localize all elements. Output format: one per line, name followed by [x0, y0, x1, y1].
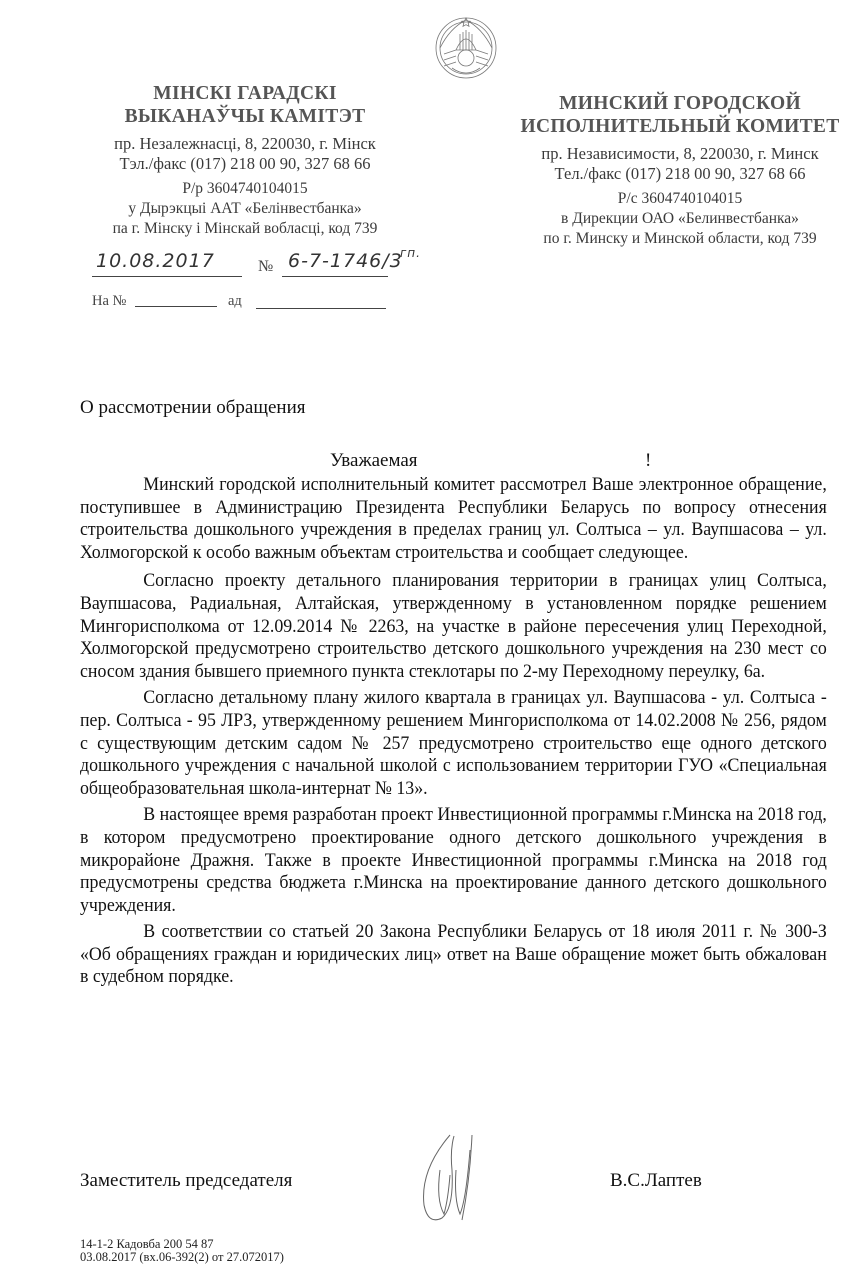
org-phone-ru: Тел./факс (017) 218 00 90, 327 68 66 — [510, 164, 850, 184]
reg-date-field: 10.08.2017 — [92, 252, 242, 277]
paragraph-2: Согласно проекту детального планирования… — [80, 570, 827, 683]
header-right: МИНСКИЙ ГОРОДСКОЙ ИСПОЛНИТЕЛЬНЫЙ КОМИТЕТ… — [510, 92, 850, 249]
paragraph-4: В настоящее время разработан проект Инве… — [80, 804, 827, 917]
org-phone-by: Тэл./факс (017) 218 00 90, 327 68 66 — [80, 154, 410, 174]
org-region-by: па г. Мінску і Мінскай вобласці, код 739 — [80, 219, 410, 239]
reg-date: 10.08.2017 — [96, 250, 215, 272]
signatory-name: В.С.Лаптев — [610, 1170, 702, 1192]
reply-from-label: ад — [228, 293, 242, 310]
org-name-ru-line2: ИСПОЛНИТЕЛЬНЫЙ КОМИТЕТ — [510, 115, 850, 138]
footer-note: 14-1-2 Кадовба 200 54 87 03.08.2017 (вх.… — [80, 1238, 284, 1264]
signatory-position: Заместитель председателя — [80, 1170, 292, 1192]
org-address-ru: пр. Независимости, 8, 220030, г. Минск — [510, 144, 850, 164]
org-address-by: пр. Незалежнасці, 8, 220030, г. Мінск — [80, 134, 410, 154]
org-region-ru: по г. Минску и Минской области, код 739 — [510, 229, 850, 249]
paragraph-3: Согласно детальному плану жилого квартал… — [80, 687, 827, 800]
org-name-by-line1: МІНСКІ ГАРАДСКІ — [80, 82, 410, 105]
org-account-by: Р/р 3604740104015 — [80, 179, 410, 199]
org-name-ru-line1: МИНСКИЙ ГОРОДСКОЙ — [510, 92, 850, 115]
reg-number-field: 6-7-1746/3 — [282, 252, 388, 277]
org-bank-ru: в Дирекции ОАО «Белинвестбанка» — [510, 209, 850, 229]
handwritten-signature-icon — [410, 1130, 520, 1230]
reply-number-line — [135, 306, 217, 307]
letter-greeting-end: ! — [645, 450, 651, 472]
org-account-ru: Р/с 3604740104015 — [510, 189, 850, 209]
reply-date-line — [256, 308, 386, 309]
org-name-by-line2: ВЫКАНАЎЧЫ КАМІТЭТ — [80, 105, 410, 128]
reply-number-label: На № — [92, 293, 126, 310]
incoming-ref: 03.08.2017 (вх.06-392(2) от 27.072017) — [80, 1251, 284, 1264]
header-left: МІНСКІ ГАРАДСКІ ВЫКАНАЎЧЫ КАМІТЭТ пр. Не… — [80, 82, 410, 239]
reg-number-suffix: гп. — [400, 246, 421, 260]
paragraph-1: Минский городской исполнительный комитет… — [80, 474, 827, 564]
letter-greeting: Уважаемая — [330, 450, 418, 472]
org-bank-by: у Дырэкцыі ААТ «Белінвестбанка» — [80, 199, 410, 219]
reg-number-label: № — [258, 258, 273, 276]
letter-subject: О рассмотрении обращения — [80, 397, 306, 419]
state-emblem-icon — [430, 8, 502, 88]
letter-body: Минский городской исполнительный комитет… — [80, 474, 827, 989]
reg-number: 6-7-1746/3 — [288, 250, 403, 272]
paragraph-5: В соответствии со статьей 20 Закона Респ… — [80, 921, 827, 989]
